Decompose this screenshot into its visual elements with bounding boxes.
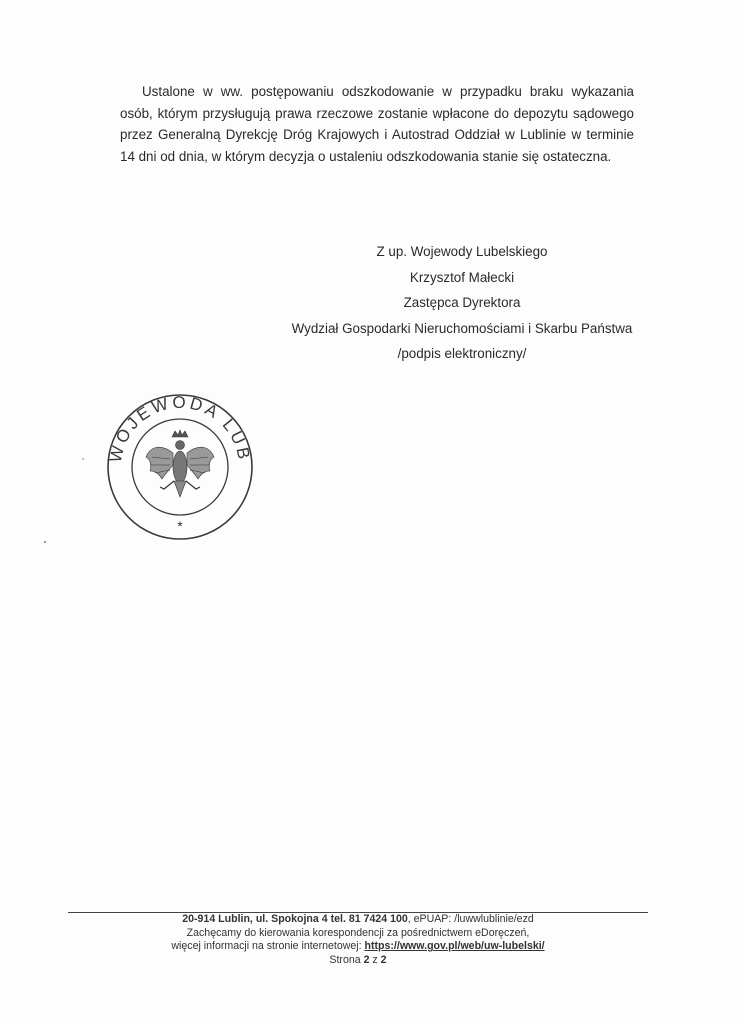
eagle-icon [146, 430, 214, 497]
page-separator: z [369, 954, 380, 966]
scan-speck [44, 541, 46, 543]
signatory-name: Krzysztof Małecki [262, 265, 662, 291]
signatory-position: Zastępca Dyrektora [262, 290, 662, 316]
footer-website-line: więcej informacji na stronie internetowe… [68, 940, 648, 954]
footer-edoreczenia: Zachęcamy do kierowania korespondencji z… [68, 927, 648, 941]
scan-speck [82, 458, 84, 460]
footer-address-line: 20-914 Lublin, ul. Spokojna 4 tel. 81 74… [68, 913, 648, 927]
stamp-star: * [177, 518, 183, 534]
footer-website-link[interactable]: https://www.gov.pl/web/uw-lubelski/ [365, 940, 545, 952]
footer-epuap: , ePUAP: /luwwlublinie/ezd [408, 913, 534, 925]
footer: 20-914 Lublin, ul. Spokojna 4 tel. 81 74… [68, 913, 648, 967]
footer-website-label: więcej informacji na stronie internetowe… [171, 940, 364, 952]
stamp-seal-icon: WOJEWODA LUBELSKI * [100, 387, 260, 547]
signature-block: Z up. Wojewody Lubelskiego Krzysztof Mał… [262, 239, 662, 367]
electronic-signature-note: /podpis elektroniczny/ [262, 341, 662, 367]
signature-authority: Z up. Wojewody Lubelskiego [262, 239, 662, 265]
decision-paragraph: Ustalone w ww. postępowaniu odszkodowani… [120, 81, 634, 167]
page-number: Strona 2 z 2 [68, 954, 648, 968]
signatory-department: Wydział Gospodarki Nieruchomościami i Sk… [262, 316, 662, 342]
footer-address: 20-914 Lublin, ul. Spokojna 4 tel. 81 74… [182, 913, 408, 925]
official-stamp: WOJEWODA LUBELSKI * [100, 387, 260, 547]
page-label: Strona [329, 954, 363, 966]
page-total: 2 [381, 954, 387, 966]
